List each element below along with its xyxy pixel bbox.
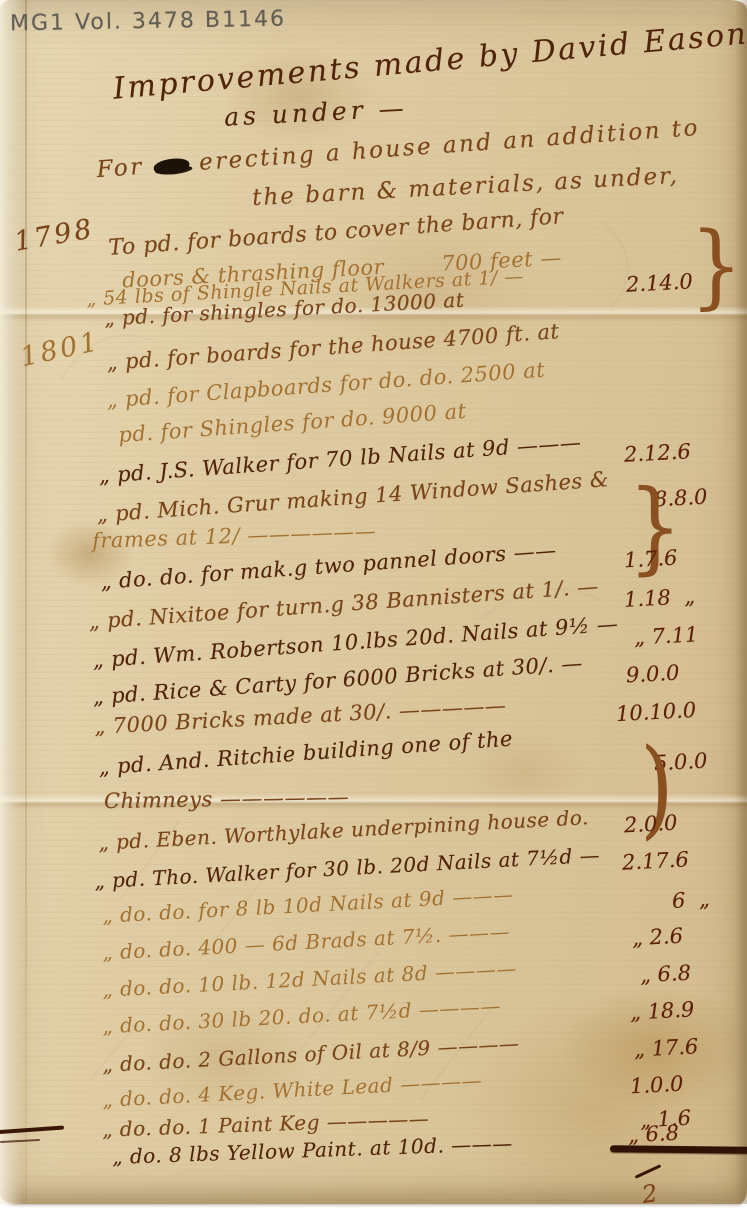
intro-line-1-start: For xyxy=(96,154,145,183)
amount-value: 10.10.0 xyxy=(615,698,696,726)
ledger-row: Chimneys —————— xyxy=(104,785,349,813)
amount-value: 2.14.0 xyxy=(625,269,693,296)
amount-value: 6 „ xyxy=(671,887,710,913)
sum-rule xyxy=(610,1145,747,1153)
amount-value: „ 18.9 xyxy=(629,997,694,1024)
archive-reference-note: MG1 Vol. 3478 B1146 xyxy=(10,7,286,37)
manuscript-page: MG1 Vol. 3478 B1146 Improvements made by… xyxy=(0,0,747,1217)
amount-value: 1.0.0 xyxy=(629,1072,684,1099)
amount-value: 2.12.6 xyxy=(623,439,691,466)
amount-value: „ 7.11 xyxy=(633,622,698,649)
amount-value: „ 6.8 xyxy=(639,961,691,988)
amount-value: 1.7.6 xyxy=(623,546,678,573)
brace-mark: } xyxy=(690,212,743,319)
amount-value: 1.18 „ xyxy=(623,584,695,612)
amount-value: „ 2.6 xyxy=(631,924,683,951)
sum-note: 2 xyxy=(640,1179,660,1209)
amount-value: 2.17.6 xyxy=(621,847,689,874)
amount-value: 9.0.0 xyxy=(625,661,680,688)
amount-value: „ 17.6 xyxy=(633,1034,698,1061)
ink-blot xyxy=(152,156,190,178)
amount-value: 2.0.0 xyxy=(623,811,678,838)
amount-value: „ 6.8 xyxy=(627,1121,679,1148)
